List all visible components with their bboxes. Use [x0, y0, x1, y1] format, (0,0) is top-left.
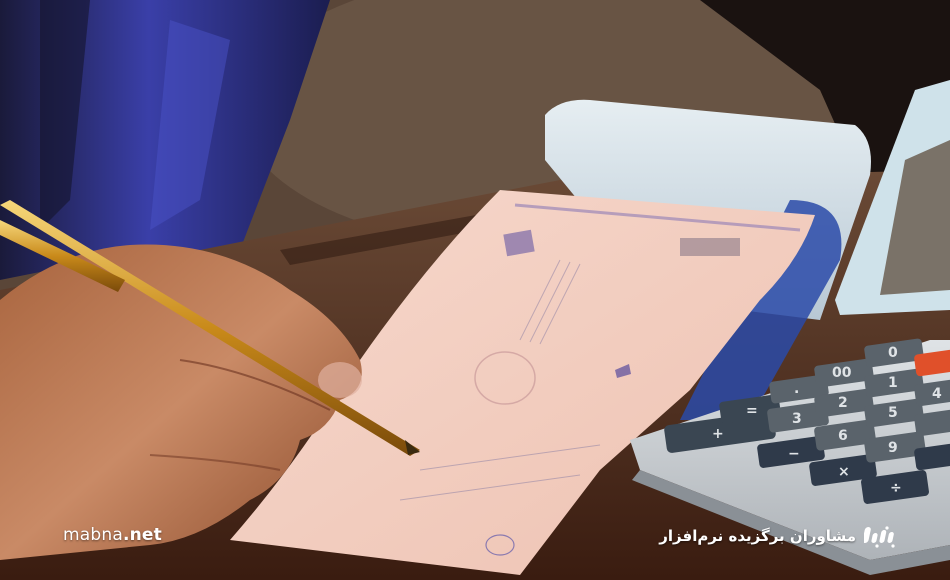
svg-text:00: 00: [832, 365, 852, 381]
svg-text:9: 9: [888, 440, 898, 456]
svg-text:−: −: [788, 446, 800, 462]
svg-text:.: .: [794, 381, 799, 397]
svg-text:2: 2: [838, 395, 848, 411]
watermark-mabna-slogan: مشاوران برگزیده نرم‌افزار: [659, 524, 898, 548]
svg-text:×: ×: [838, 464, 850, 480]
svg-text:0: 0: [888, 345, 898, 361]
watermark-suffix: .net: [123, 525, 162, 545]
watermark-prefix: mabna: [63, 525, 123, 545]
svg-text:=: =: [746, 403, 758, 419]
svg-text:1: 1: [888, 375, 898, 391]
svg-text:5: 5: [888, 405, 898, 421]
svg-text:3: 3: [792, 411, 802, 427]
photo-illustration: + = − × ÷ 3 6 9 . 2 5 00 1 0 4: [0, 0, 950, 580]
svg-text:÷: ÷: [890, 480, 902, 496]
watermark-mabna-net: mabna.net: [63, 525, 162, 545]
mabna-logo-icon: [864, 524, 898, 548]
photo-scene: + = − × ÷ 3 6 9 . 2 5 00 1 0 4 mabna.net…: [0, 0, 950, 580]
svg-text:+: +: [712, 426, 724, 442]
svg-text:4: 4: [932, 386, 942, 402]
svg-text:6: 6: [838, 428, 848, 444]
watermark-slogan-text: مشاوران برگزیده نرم‌افزار: [659, 527, 856, 545]
